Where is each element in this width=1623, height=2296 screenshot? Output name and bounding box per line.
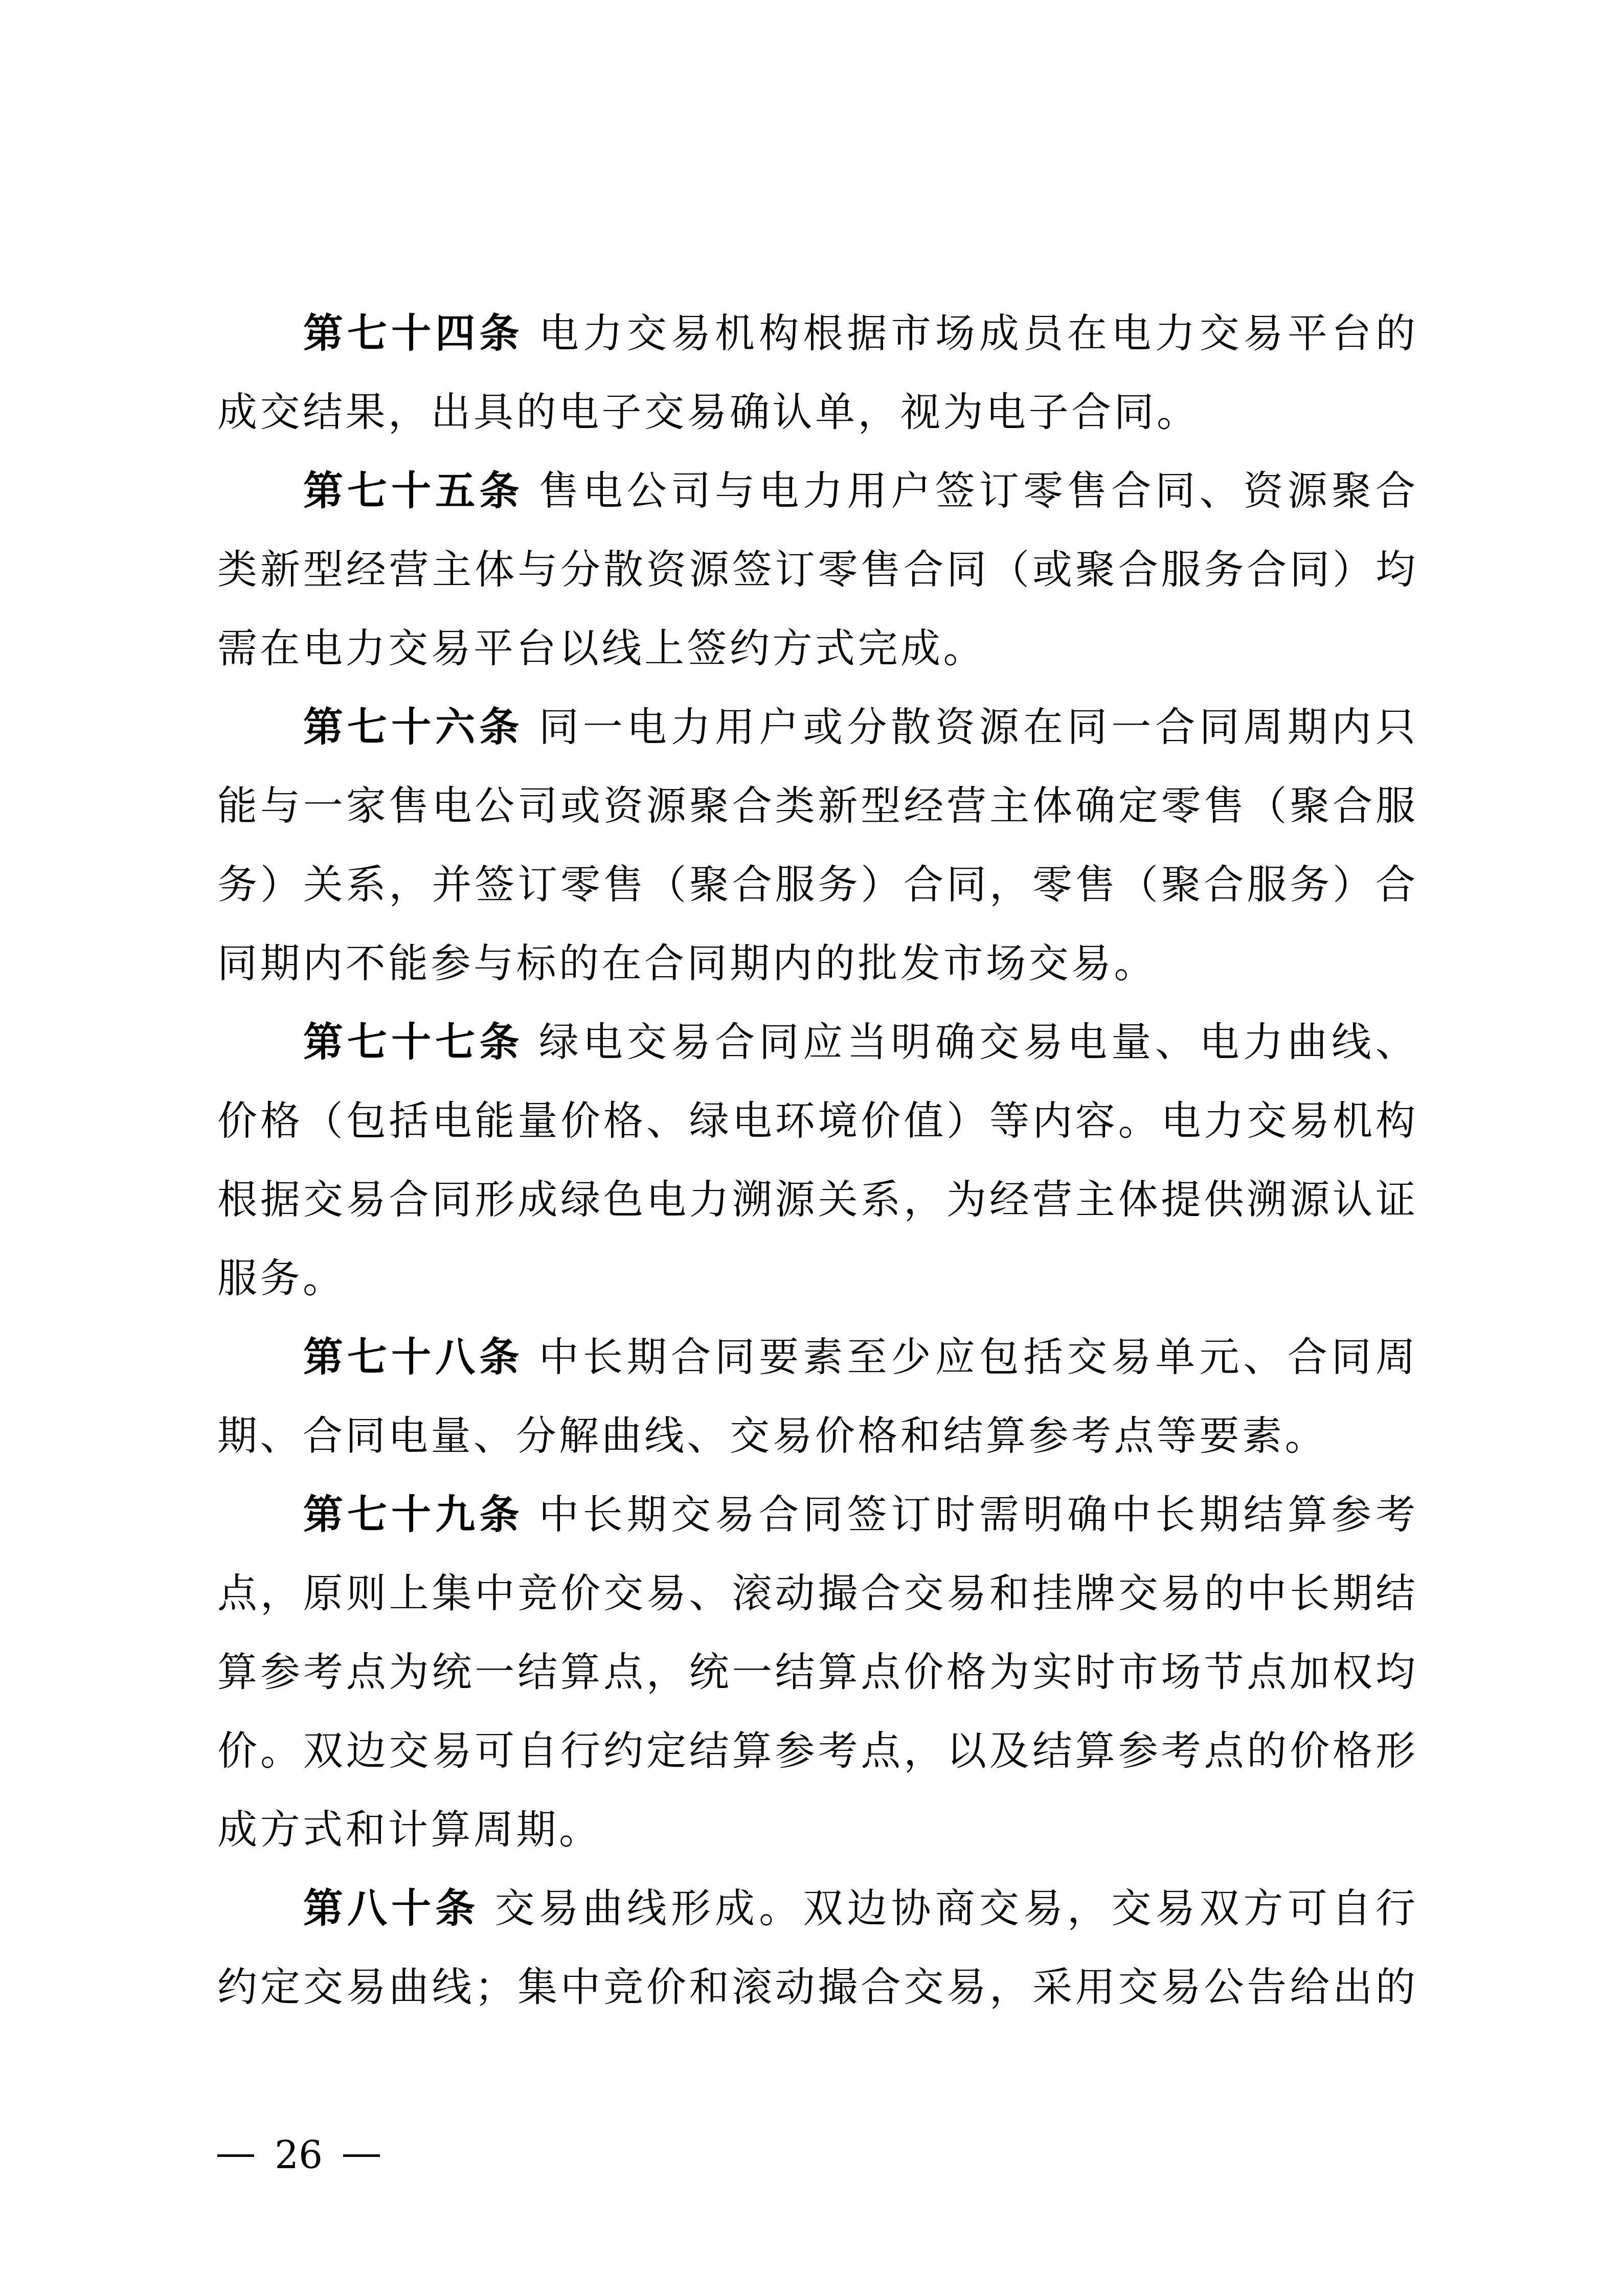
article-76-text-1: 同一电力用户或分散资源在同一合同周期内只 [539, 705, 1416, 751]
page-footer: 26 [217, 2135, 380, 2176]
article-77-line-2: 价格（包括电能量价格、绿电环境价值）等内容。电力交易机构 [217, 1082, 1416, 1161]
article-76-heading: 第七十六条 [303, 705, 524, 751]
article-77-text-1: 绿电交易合同应当明确交易电量、电力曲线、 [539, 1020, 1416, 1066]
article-76-line-1: 第七十六条同一电力用户或分散资源在同一合同周期内只 [217, 688, 1416, 767]
article-80-text-1: 交易曲线形成。双边协商交易，交易双方可自行 [495, 1886, 1416, 1932]
article-78-text-1: 中长期合同要素至少应包括交易单元、合同周 [539, 1335, 1416, 1381]
footer-dash-left [217, 2154, 254, 2157]
article-75-line-3: 需在电力交易平台以线上签约方式完成。 [217, 610, 1416, 688]
article-80-line-1: 第八十条交易曲线形成。双边协商交易，交易双方可自行 [217, 1870, 1416, 1948]
article-77-line-3: 根据交易合同形成绿色电力溯源关系，为经营主体提供溯源认证 [217, 1161, 1416, 1240]
article-76-line-3: 务）关系，并签订零售（聚合服务）合同，零售（聚合服务）合 [217, 846, 1416, 925]
article-79-line-5: 成方式和计算周期。 [217, 1791, 1416, 1870]
article-78-heading: 第七十八条 [303, 1335, 524, 1381]
article-76-line-2: 能与一家售电公司或资源聚合类新型经营主体确定零售（聚合服 [217, 767, 1416, 846]
article-75-line-1: 第七十五条售电公司与电力用户签订零售合同、资源聚合 [217, 452, 1416, 531]
article-74-line-1: 第七十四条电力交易机构根据市场成员在电力交易平台的 [217, 295, 1416, 373]
article-79-heading: 第七十九条 [303, 1492, 524, 1538]
article-78-line-2: 期、合同电量、分解曲线、交易价格和结算参考点等要素。 [217, 1397, 1416, 1476]
footer-dash-right [343, 2154, 380, 2157]
article-75-heading: 第七十五条 [303, 468, 524, 514]
article-75-line-2: 类新型经营主体与分散资源签订零售合同（或聚合服务合同）均 [217, 531, 1416, 610]
article-79-line-1: 第七十九条中长期交易合同签订时需明确中长期结算参考 [217, 1476, 1416, 1555]
article-80-line-2: 约定交易曲线；集中竞价和滚动撮合交易，采用交易公告给出的 [217, 1948, 1416, 2027]
article-74-line-2: 成交结果，出具的电子交易确认单，视为电子合同。 [217, 373, 1416, 452]
document-page: 第七十四条电力交易机构根据市场成员在电力交易平台的 成交结果，出具的电子交易确认… [0, 0, 1623, 2296]
article-75-text-1: 售电公司与电力用户签订零售合同、资源聚合 [539, 468, 1416, 514]
article-76-line-4: 同期内不能参与标的在合同期内的批发市场交易。 [217, 925, 1416, 1003]
article-74-text-1: 电力交易机构根据市场成员在电力交易平台的 [539, 311, 1416, 357]
article-77-heading: 第七十七条 [303, 1020, 524, 1066]
body-text: 第七十四条电力交易机构根据市场成员在电力交易平台的 成交结果，出具的电子交易确认… [217, 295, 1416, 2027]
article-79-line-4: 价。双边交易可自行约定结算参考点，以及结算参考点的价格形 [217, 1712, 1416, 1791]
article-79-line-2: 点，原则上集中竞价交易、滚动撮合交易和挂牌交易的中长期结 [217, 1555, 1416, 1633]
article-79-text-1: 中长期交易合同签订时需明确中长期结算参考 [539, 1492, 1416, 1538]
article-77-line-4: 服务。 [217, 1240, 1416, 1318]
page-number: 26 [275, 2135, 323, 2176]
article-77-line-1: 第七十七条绿电交易合同应当明确交易电量、电力曲线、 [217, 1003, 1416, 1082]
article-78-line-1: 第七十八条中长期合同要素至少应包括交易单元、合同周 [217, 1318, 1416, 1397]
article-79-line-3: 算参考点为统一结算点，统一结算点价格为实时市场节点加权均 [217, 1633, 1416, 1712]
article-74-heading: 第七十四条 [303, 311, 524, 357]
article-80-heading: 第八十条 [303, 1886, 480, 1932]
